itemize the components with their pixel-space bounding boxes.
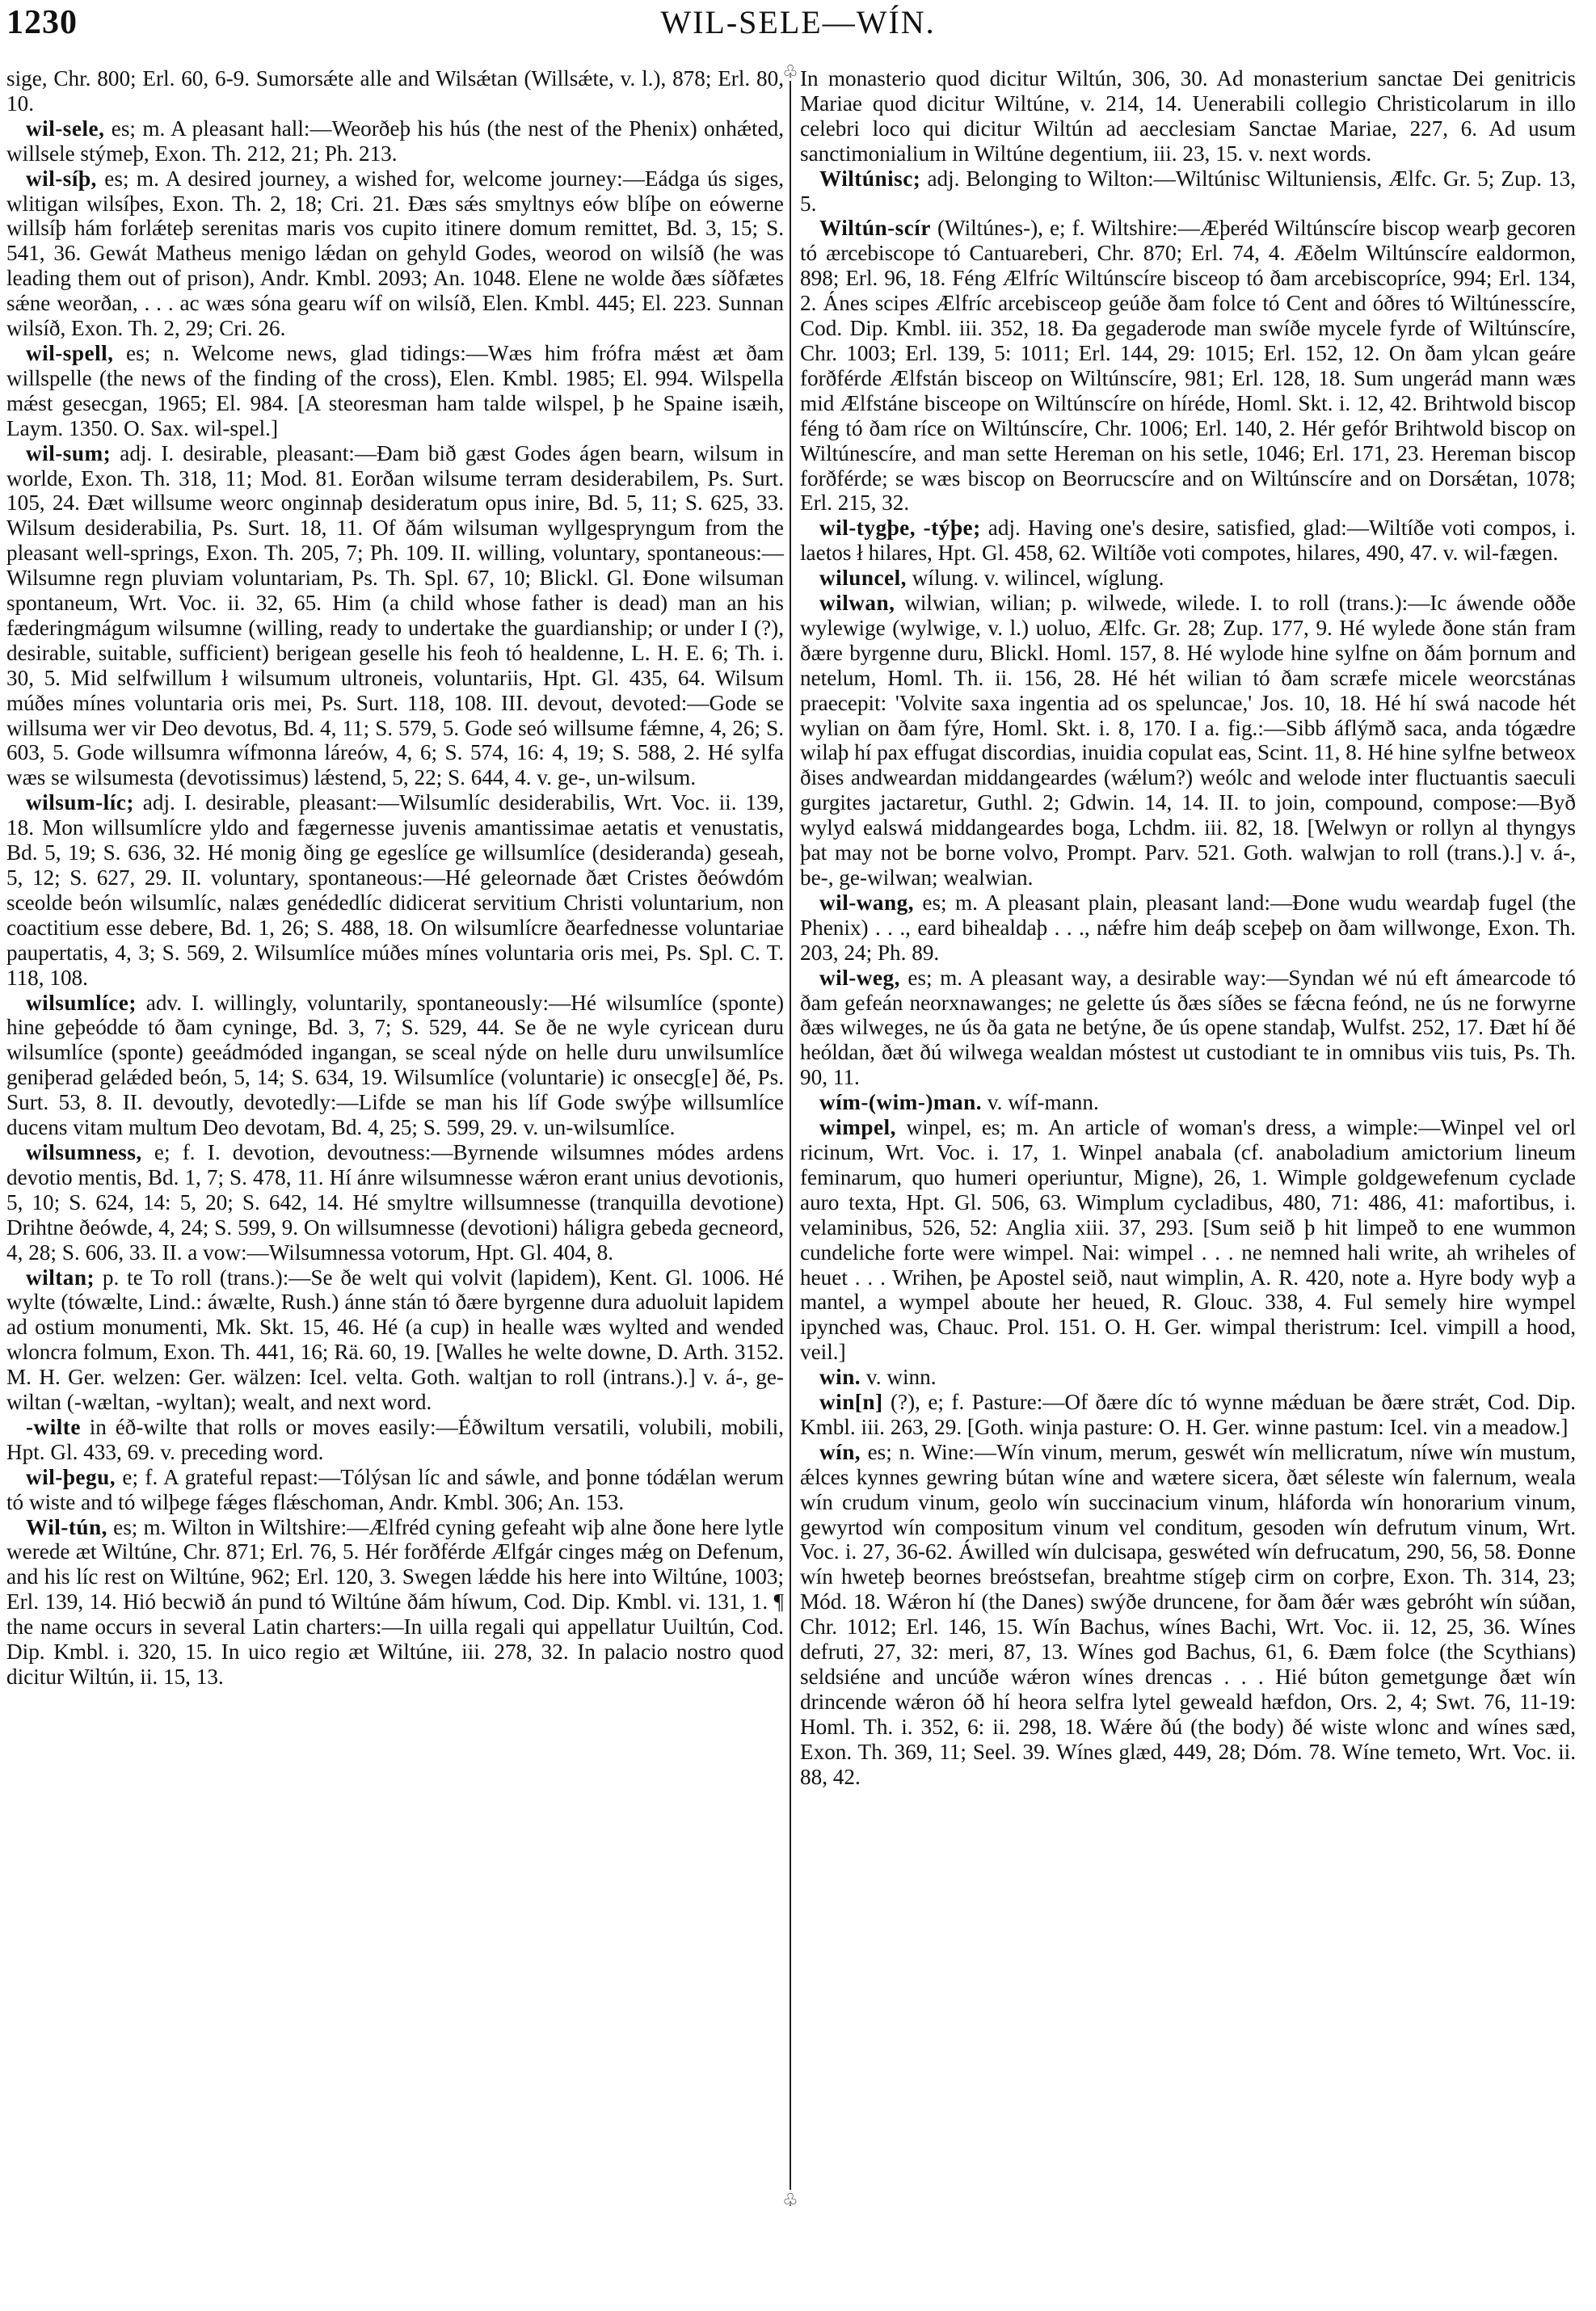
entry-definition: es; n. Wine:—Wín vinum, merum, geswét wí… — [800, 1440, 1576, 1789]
entry-definition: es; m. A pleasant hall:—Weorðeþ his hús … — [6, 116, 784, 166]
ornament-fleuron-icon: ♧ — [781, 63, 799, 81]
entry-headword: Wiltúnisc; — [819, 166, 920, 191]
dictionary-entry-wil-spell: wil-spell, es; n. Welcome news, glad tid… — [6, 341, 784, 441]
entry-headword: wil-weg, — [819, 966, 900, 990]
entry-headword: wil-wang, — [819, 890, 914, 915]
entry-headword: wil-sele, — [26, 116, 104, 141]
entry-headword: wil-síþ, — [26, 166, 97, 191]
entry-definition: p. te To roll (trans.):—Se ðe welt qui v… — [6, 1265, 784, 1415]
dictionary-entry-wilte: -wilte in éð-wilte that rolls or moves e… — [6, 1415, 784, 1465]
left-column: sige, Chr. 800; Erl. 60, 6-9. Sumorsǽte … — [6, 66, 784, 1690]
dictionary-entry-wil-wang: wil-wang, es; m. A pleasant plain, pleas… — [800, 890, 1576, 966]
entry-definition: es; n. Welcome news, glad tidings:—Wæs h… — [6, 341, 784, 440]
entry-definition: (?), e; f. Pasture:—Of ðære díc tó wynne… — [800, 1390, 1576, 1439]
dictionary-entry-wimpel: wimpel, winpel, es; m. An article of wom… — [800, 1115, 1576, 1365]
running-head: WIL-SELE—WÍN. — [0, 3, 1596, 41]
entry-definition: es; m. A desired journey, a wished for, … — [6, 166, 784, 340]
entry-definition: winpel, es; m. An article of woman's dre… — [800, 1115, 1576, 1364]
entry-headword: wiluncel, — [819, 566, 907, 590]
entry-headword: wím-(wim-)man. — [819, 1090, 982, 1114]
column-divider — [790, 81, 791, 2190]
entry-headword: wín, — [819, 1440, 861, 1464]
dictionary-entry-win-n: win[n] (?), e; f. Pasture:—Of ðære díc t… — [800, 1390, 1576, 1440]
entry-definition: v. wíf-mann. — [987, 1090, 1099, 1114]
entry-definition: in éð-wilte that rolls or moves easily:—… — [6, 1415, 784, 1464]
dictionary-entry-wilsumlice: wilsumlíce; adv. I. willingly, voluntari… — [6, 991, 784, 1140]
entry-definition: wílung. v. wilincel, wíglung. — [912, 566, 1164, 590]
entry-headword: -wilte — [26, 1415, 81, 1439]
dictionary-entry-wim-man: wím-(wim-)man. v. wíf-mann. — [800, 1090, 1576, 1115]
entry-headword: wil-sum; — [26, 441, 111, 465]
entry-definition: adj. I. desirable, pleasant:—Ðam bið gæs… — [6, 441, 784, 790]
dictionary-entry-wil-thegu: wil-þegu, e; f. A grateful repast:—Tólýs… — [6, 1465, 784, 1515]
dictionary-entry-wil-sele: wil-sele, es; m. A pleasant hall:—Weorðe… — [6, 116, 784, 166]
dictionary-entry-wilsum-lic: wilsum-líc; adj. I. desirable, pleasant:… — [6, 790, 784, 990]
entry-headword: win[n] — [819, 1390, 883, 1414]
entry-headword: Wil-tún, — [26, 1515, 107, 1539]
dictionary-entry-wiluncel: wiluncel, wílung. v. wilincel, wíglung. — [800, 566, 1576, 591]
entry-definition: In monasterio quod dicitur Wiltún, 306, … — [800, 66, 1576, 166]
entry-definition: sige, Chr. 800; Erl. 60, 6-9. Sumorsǽte … — [6, 66, 784, 116]
entry-headword: wilsumlíce; — [26, 991, 137, 1015]
entry-headword: wilwan, — [819, 591, 895, 615]
entry-definition: (Wiltúnes-), e; f. Wiltshire:—Æþeréd Wil… — [800, 216, 1576, 515]
dictionary-entry-wiltan: wiltan; p. te To roll (trans.):—Se ðe we… — [6, 1265, 784, 1415]
dictionary-entry-wiltunisc: Wiltúnisc; adj. Belonging to Wilton:—Wil… — [800, 166, 1576, 217]
entry-definition: e; f. A grateful repast:—Tólýsan líc and… — [6, 1465, 784, 1514]
entry-definition: v. winn. — [866, 1365, 937, 1389]
entry-definition: es; m. A pleasant way, a desirable way:—… — [800, 966, 1576, 1090]
dictionary-entry-wil-tun: Wil-tún, es; m. Wilton in Wiltshire:—Ælf… — [6, 1515, 784, 1690]
entry-headword: wil-tygþe, -týþe; — [819, 516, 981, 540]
entry-headword: wil-spell, — [26, 341, 113, 365]
dictionary-entry-win-wine: wín, es; n. Wine:—Wín vinum, merum, gesw… — [800, 1440, 1576, 1790]
entry-headword: wil-þegu, — [26, 1465, 116, 1489]
ornament-fleuron-icon: ♧ — [781, 2191, 799, 2209]
dictionary-entry-wil-tyghe: wil-tygþe, -týþe; adj. Having one's desi… — [800, 516, 1576, 566]
dictionary-entry-wil-weg: wil-weg, es; m. A pleasant way, a desira… — [800, 966, 1576, 1091]
entry-headword: Wiltún-scír — [819, 216, 931, 240]
entry-definition: es; m. Wilton in Wiltshire:—Ælfréd cynin… — [6, 1515, 784, 1689]
dictionary-entry-cont-wilsaetan: sige, Chr. 800; Erl. 60, 6-9. Sumorsǽte … — [6, 66, 784, 116]
entry-headword: wimpel, — [819, 1115, 896, 1139]
dictionary-entry-wilsumness: wilsumness, e; f. I. devotion, devoutnes… — [6, 1140, 784, 1265]
entry-headword: wilsumness, — [26, 1140, 142, 1164]
entry-headword: wiltan; — [26, 1265, 95, 1290]
right-column: In monasterio quod dicitur Wiltún, 306, … — [800, 66, 1576, 1790]
entry-headword: win. — [819, 1365, 861, 1389]
entry-definition: es; m. A pleasant plain, pleasant land:—… — [800, 890, 1576, 965]
dictionary-entry-cont-wiltun: In monasterio quod dicitur Wiltún, 306, … — [800, 66, 1576, 166]
page-header: 1230 WIL-SELE—WÍN. — [0, 0, 1596, 48]
dictionary-entry-wil-sum: wil-sum; adj. I. desirable, pleasant:—Ða… — [6, 441, 784, 791]
entry-definition: adj. I. desirable, pleasant:—Wilsumlíc d… — [6, 790, 784, 989]
dictionary-entry-wil-sith: wil-síþ, es; m. A desired journey, a wis… — [6, 166, 784, 341]
entry-definition: wilwian, wilian; p. wilwede, wilede. I. … — [800, 591, 1576, 890]
dictionary-entry-win: win. v. winn. — [800, 1365, 1576, 1390]
dictionary-entry-wiltun-scir: Wiltún-scír (Wiltúnes-), e; f. Wiltshire… — [800, 216, 1576, 516]
dictionary-entry-wilwan: wilwan, wilwian, wilian; p. wilwede, wil… — [800, 591, 1576, 890]
entry-headword: wilsum-líc; — [26, 790, 134, 815]
